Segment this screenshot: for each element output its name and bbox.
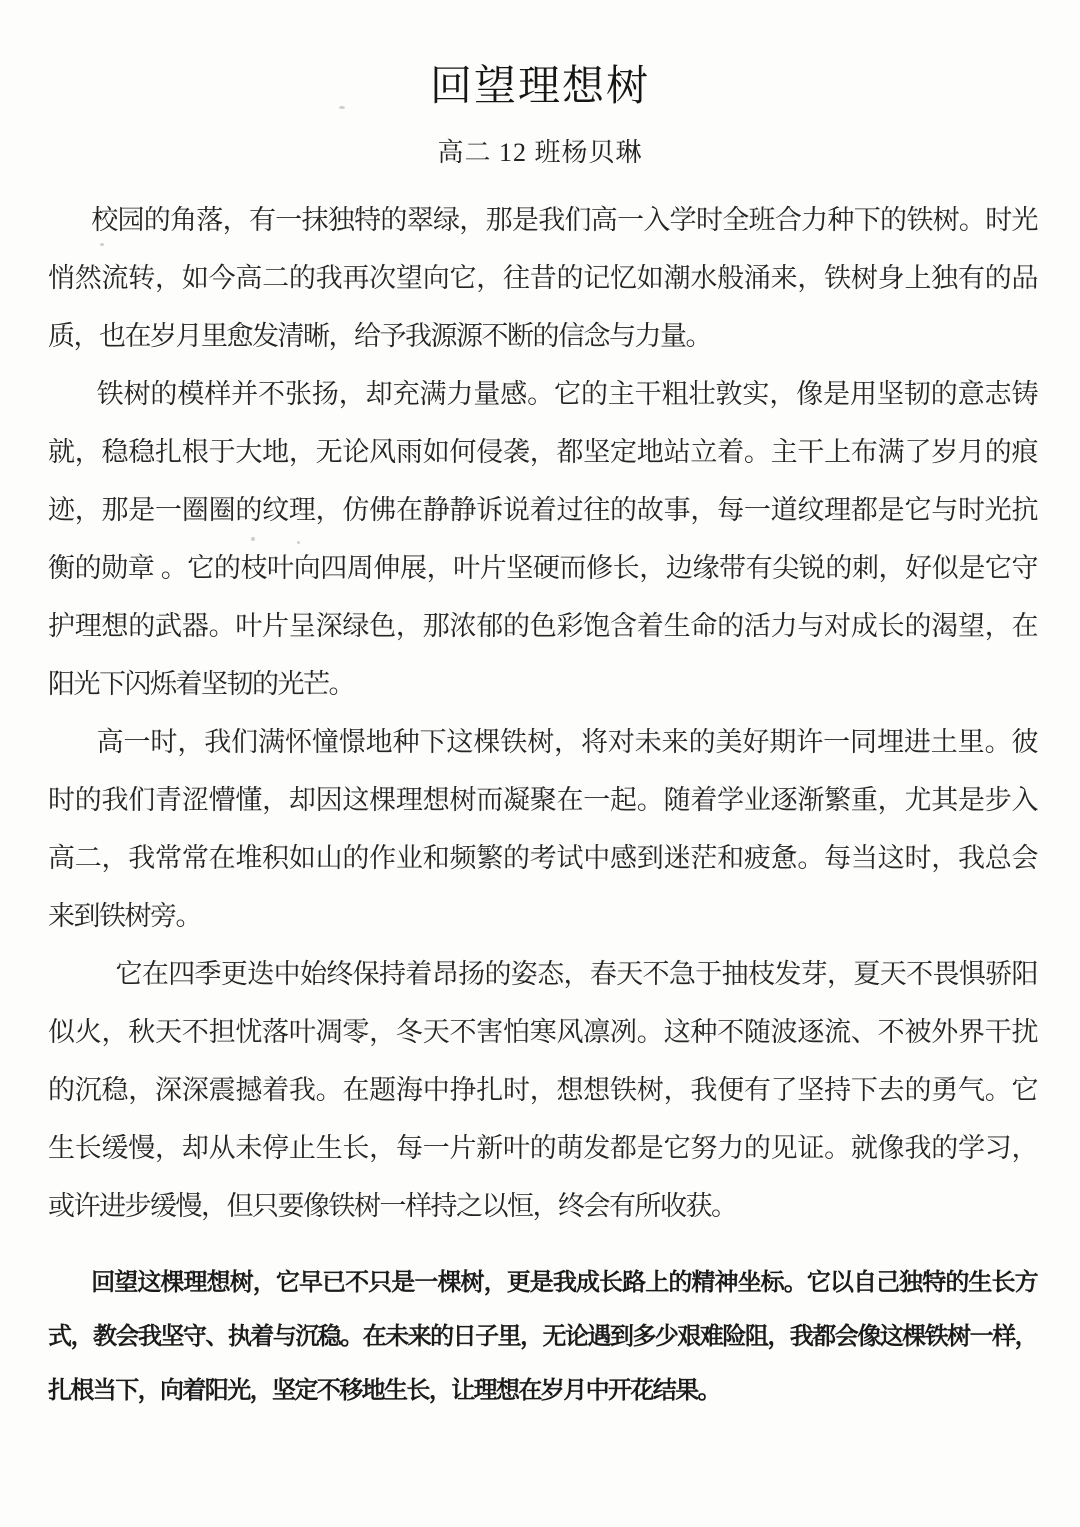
essay-line: 生长缓慢，却从未停止生长，每一片新叶的萌发都是它努力的见证。就像我的学习， bbox=[48, 1119, 1037, 1177]
essay-line: 护理想的武器。叶片呈深绿色，那浓郁的色彩饱含着生命的活力与对成长的渴望，在 bbox=[48, 597, 1037, 655]
essay-title: 回望理想树 bbox=[0, 64, 1080, 110]
essay-line: 铁树的模样并不张扬，却充满力量感。它的主干粗壮敦实，像是用坚韧的意志铸 bbox=[48, 365, 1037, 423]
scan-speck bbox=[116, 1147, 120, 1150]
essay-paragraph: 它在四季更迭中始终保持着昂扬的姿态，春天不急于抽枝发芽，夏天不畏惧骄阳似火，秋天… bbox=[48, 945, 1037, 1235]
essay-line: 来到铁树旁。 bbox=[48, 887, 1037, 945]
essay-line: 扎根当下，向着阳光，坚定不移地生长，让理想在岁月中开花结果。 bbox=[48, 1364, 1037, 1418]
essay-line: 的沉稳，深深震撼着我。在题海中挣扎时，想想铁树，我便有了坚持下去的勇气。它 bbox=[48, 1061, 1037, 1119]
essay-line: 高一时，我们满怀憧憬地种下这棵铁树，将对未来的美好期许一同埋进土里。彼 bbox=[48, 713, 1037, 771]
scan-speck bbox=[251, 537, 255, 541]
essay-line: 高二，我常常在堆积如山的作业和频繁的考试中感到迷茫和疲惫。每当这时，我总会 bbox=[48, 829, 1037, 887]
essay-line: 就，稳稳扎根于大地，无论风雨如何侵袭，都坚定地站立着。主干上布满了岁月的痕 bbox=[48, 423, 1037, 481]
essay-line: 迹，那是一圈圈的纹理，仿佛在静静诉说着过往的故事，每一道纹理都是它与时光抗 bbox=[48, 481, 1037, 539]
essay-paragraph: 高一时，我们满怀憧憬地种下这棵铁树，将对未来的美好期许一同埋进土里。彼时的我们青… bbox=[48, 713, 1037, 945]
essay-line: 它在四季更迭中始终保持着昂扬的姿态，春天不急于抽枝发芽，夏天不畏惧骄阳 bbox=[48, 945, 1037, 1003]
essay-line: 悄然流转，如今高二的我再次望向它，往昔的记忆如潮水般涌来，铁树身上独有的品 bbox=[48, 249, 1037, 307]
essay-line: 似火，秋天不担忧落叶凋零，冬天不害怕寒风凛冽。这种不随波逐流、不被外界干扰 bbox=[48, 1003, 1037, 1061]
essay-line: 时的我们青涩懵懂，却因这棵理想树而凝聚在一起。随着学业逐渐繁重，尤其是步入 bbox=[48, 771, 1037, 829]
essay-line: 校园的角落，有一抹独特的翠绿，那是我们高一入学时全班合力种下的铁树。时光 bbox=[48, 191, 1037, 249]
essay-paragraph: 校园的角落，有一抹独特的翠绿，那是我们高一入学时全班合力种下的铁树。时光悄然流转… bbox=[48, 191, 1037, 365]
essay-line: 回望这棵理想树，它早已不只是一棵树，更是我成长路上的精神坐标。它以自己独特的生长… bbox=[48, 1256, 1037, 1310]
essay-body: 校园的角落，有一抹独特的翠绿，那是我们高一入学时全班合力种下的铁树。时光悄然流转… bbox=[48, 191, 1037, 1418]
essay-line: 式，教会我坚守、执着与沉稳。在未来的日子里，无论遇到多少艰难险阻，我都会像这棵铁… bbox=[48, 1310, 1037, 1364]
essay-line: 阳光下闪烁着坚韧的光芒。 bbox=[48, 655, 1037, 713]
essay-byline: 高二 12 班杨贝琳 bbox=[0, 132, 1080, 169]
essay-line: 或许进步缓慢，但只要像铁树一样持之以恒，终会有所收获。 bbox=[48, 1177, 1037, 1235]
essay-line: 质，也在岁月里愈发清晰，给予我源源不断的信念与力量。 bbox=[48, 307, 1037, 365]
essay-paragraph: 回望这棵理想树，它早已不只是一棵树，更是我成长路上的精神坐标。它以自己独特的生长… bbox=[48, 1256, 1037, 1418]
scan-speck bbox=[297, 541, 300, 544]
document-page: 回望理想树 高二 12 班杨贝琳 校园的角落，有一抹独特的翠绿，那是我们高一入学… bbox=[0, 0, 1080, 1527]
essay-paragraph: 铁树的模样并不张扬，却充满力量感。它的主干粗壮敦实，像是用坚韧的意志铸就，稳稳扎… bbox=[48, 365, 1037, 713]
essay-line: 衡的勋章 。它的枝叶向四周伸展，叶片坚硬而修长，边缘带有尖锐的刺，好似是它守 bbox=[48, 539, 1037, 597]
scan-speck bbox=[339, 106, 345, 109]
scan-speck bbox=[100, 243, 104, 246]
